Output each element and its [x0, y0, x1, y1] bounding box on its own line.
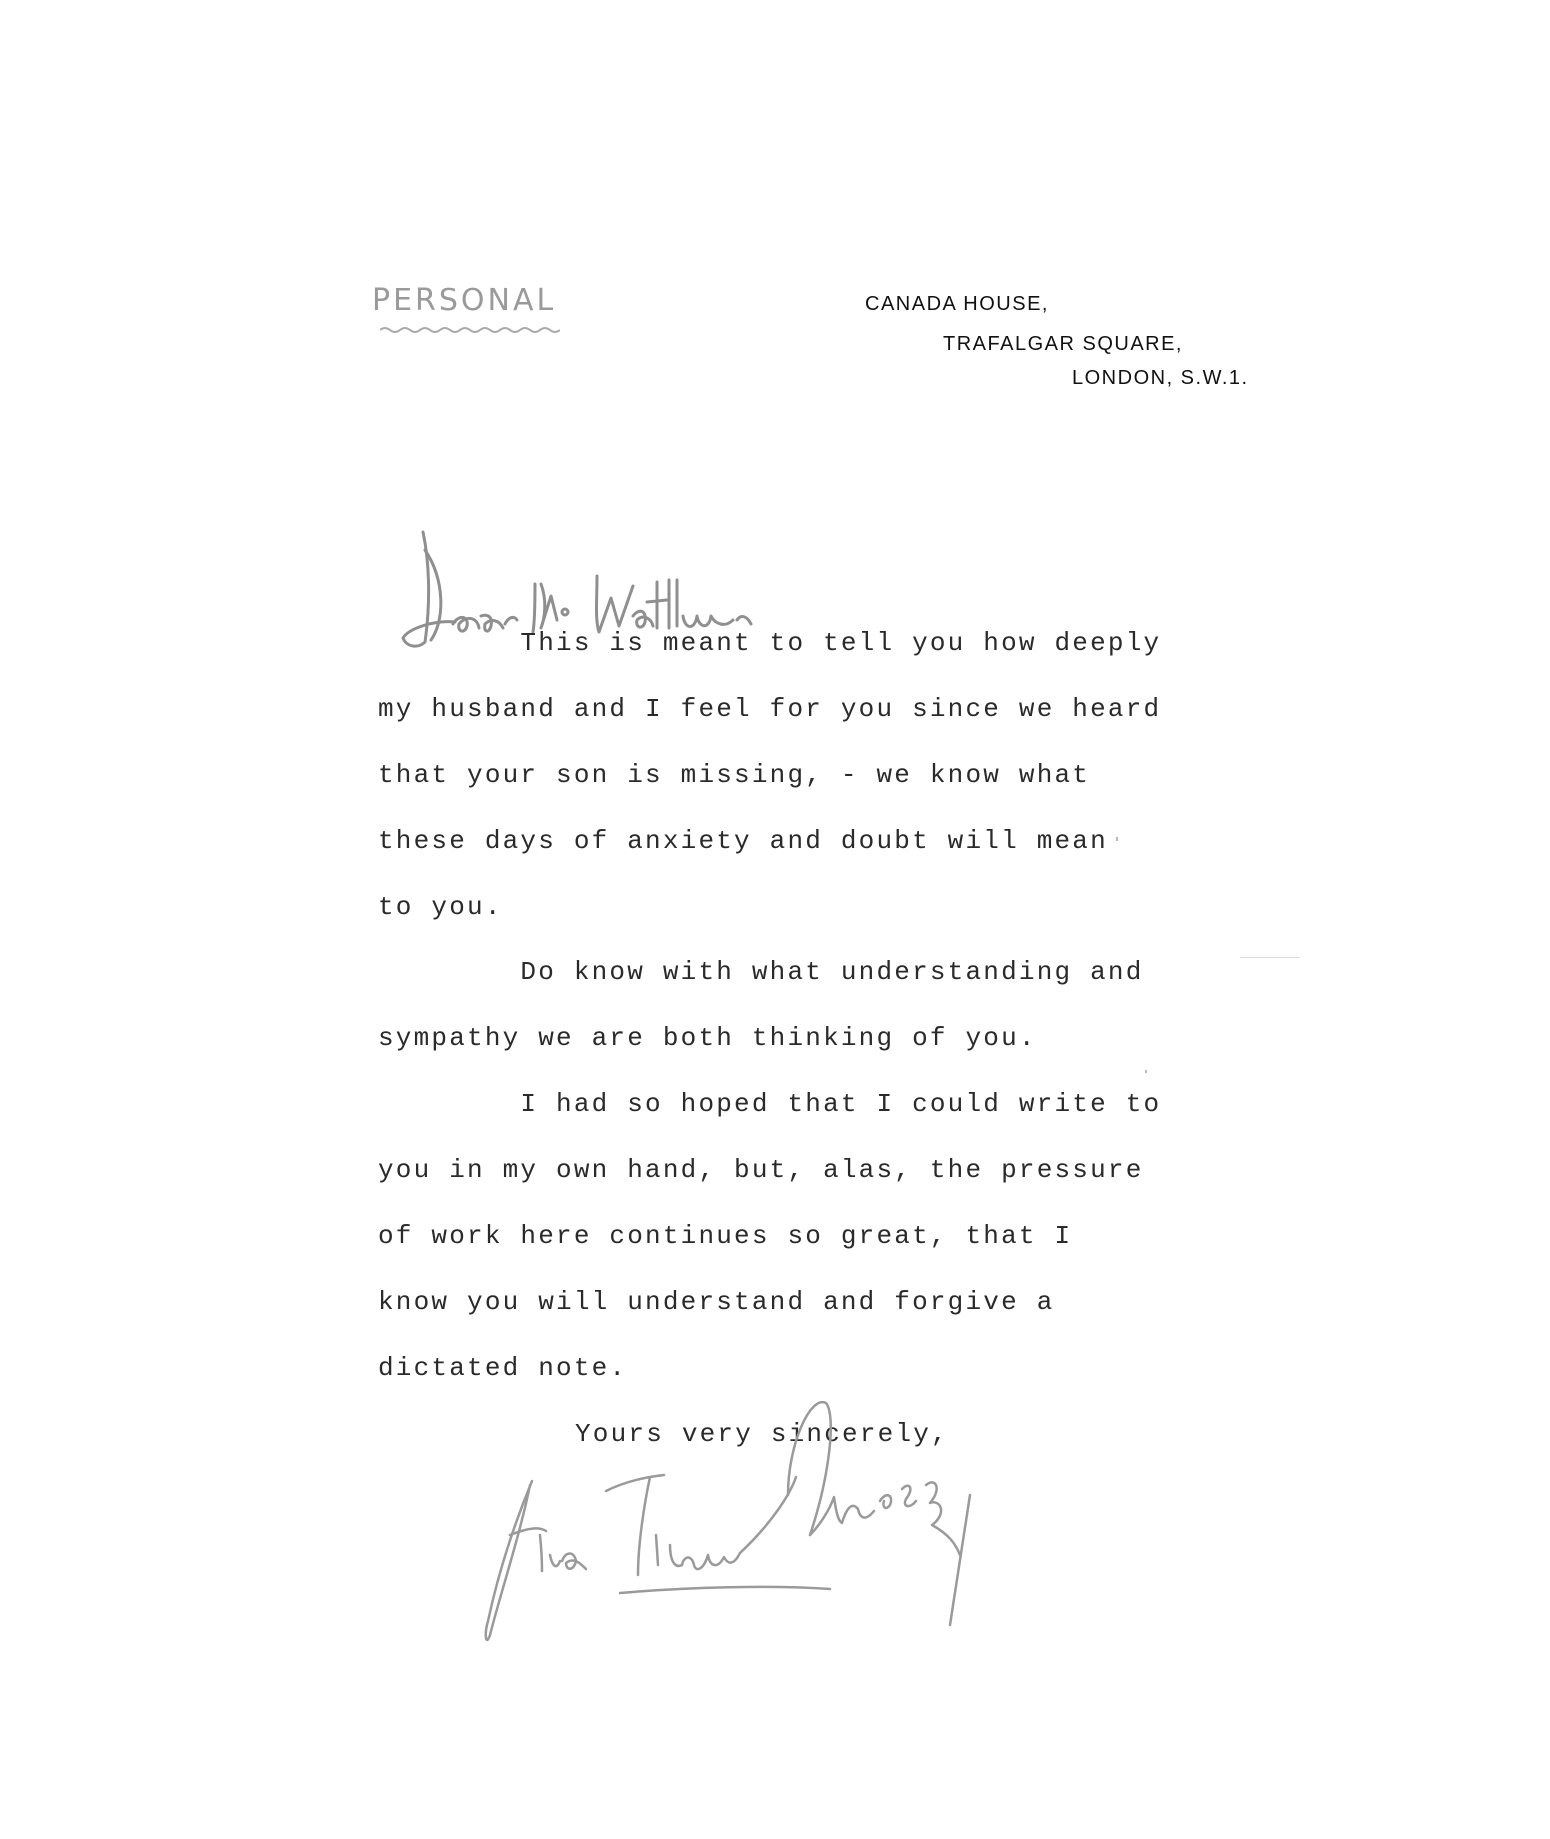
letterhead-line-3: LONDON, S.W.1. [1072, 367, 1249, 390]
body-line: Do know with what understanding and [378, 957, 1144, 987]
body-line: you in my own hand, but, alas, the press… [378, 1155, 1144, 1185]
body-line: sympathy we are both thinking of you. [378, 1023, 1037, 1053]
scan-speck [1116, 837, 1118, 841]
body-line: know you will understand and forgive a [378, 1287, 1055, 1317]
body-line: dictated note. [378, 1353, 627, 1383]
body-line: I had so hoped that I could write to [378, 1089, 1161, 1119]
body-line: my husband and I feel for you since we h… [378, 694, 1161, 724]
handwritten-signature: Alice Vincent Massey [470, 1385, 1290, 1655]
body-line: to you. [378, 892, 503, 922]
letter-page: PERSONAL CANADA HOUSE, TRAFALGAR SQUARE,… [0, 0, 1550, 1839]
body-line: that your son is missing, - we know what [378, 760, 1090, 790]
body-line: This is meant to tell you how deeply [378, 628, 1161, 658]
letterhead-line-1: CANADA HOUSE, [865, 293, 1049, 316]
scan-speck [1145, 1070, 1147, 1073]
body-line: of work here continues so great, that I [378, 1221, 1072, 1251]
personal-stamp: PERSONAL [372, 283, 556, 318]
letterhead-line-2: TRAFALGAR SQUARE, [943, 333, 1183, 356]
scan-line [1240, 957, 1300, 958]
stamp-underline-icon [380, 326, 560, 334]
body-line: these days of anxiety and doubt will mea… [378, 826, 1108, 856]
